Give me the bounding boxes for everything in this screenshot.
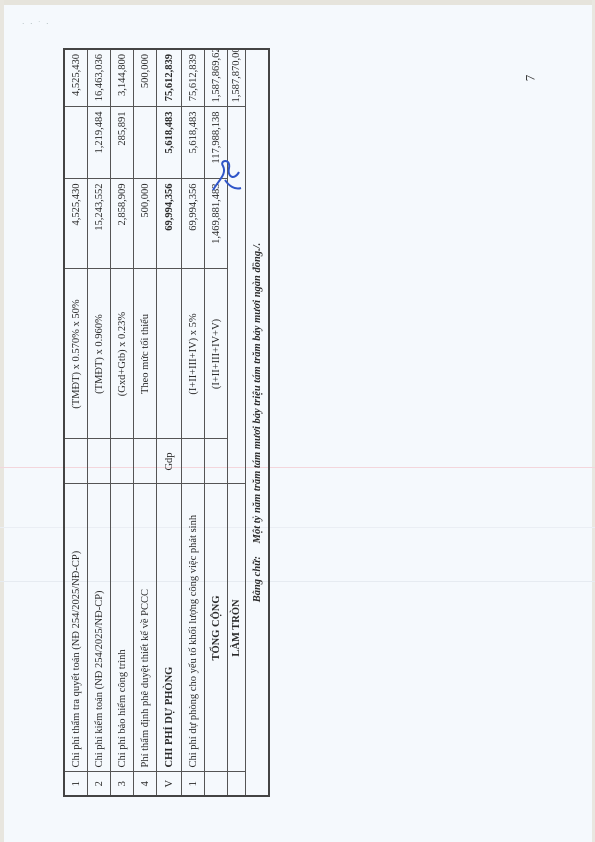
table-row: 1Chi phí dự phòng cho yếu tố khối lượng …: [182, 49, 205, 796]
cost-item-name: CHI PHÍ DỰ PHÒNG: [157, 484, 182, 772]
table-row: 1Chi phí thẩm tra quyết toán (NĐ 254/202…: [64, 49, 88, 796]
amount-in-words: Bằng chữ: Một tỷ năm trăm tám mươi bảy t…: [246, 49, 270, 796]
value-after-tax: 16,463,036: [88, 49, 111, 107]
value-before-tax: 500,000: [134, 179, 157, 269]
cost-symbol: [64, 439, 88, 484]
cost-formula: [157, 269, 182, 439]
cost-item-name: Chi phí thẩm tra quyết toán (NĐ 254/2025…: [64, 484, 88, 772]
value-before-tax: 69,994,356: [182, 179, 205, 269]
scan-border-top: [0, 0, 595, 5]
value-after-tax: 4,525,430: [64, 49, 88, 107]
cost-symbol: [134, 439, 157, 484]
cost-symbol: Gdp: [157, 439, 182, 484]
scan-border-left: [0, 0, 4, 842]
total-formula: (I+II+III+IV+V): [205, 269, 228, 439]
row-number: V: [157, 772, 182, 796]
value-vat: 285,891: [111, 107, 134, 179]
cost-formula: (TMĐT) x 0.960%: [88, 269, 111, 439]
value-before-tax: 69,994,356: [157, 179, 182, 269]
value-after-tax: 3,144,800: [111, 49, 134, 107]
cost-item-name: Phí thẩm định phê duyệt thiết kế về PCCC: [134, 484, 157, 772]
value-vat: [64, 107, 88, 179]
page-number: 7: [522, 75, 538, 82]
row-number: 4: [134, 772, 157, 796]
cost-symbol: [111, 439, 134, 484]
row-number: 2: [88, 772, 111, 796]
cost-formula: Theo mức tối thiểu: [134, 269, 157, 439]
cost-item-name: Chi phí dự phòng cho yếu tố khối lượng c…: [182, 484, 205, 772]
table-row: 2Chi phí kiểm toán (NĐ 254/2025/NĐ-CP)(T…: [88, 49, 111, 796]
value-vat: 5,618,483: [182, 107, 205, 179]
rounded-after-tax: 1,587,870,000: [228, 49, 246, 107]
section-row: VCHI PHÍ DỰ PHÒNGGdp69,994,3565,618,4837…: [157, 49, 182, 796]
value-after-tax: 75,612,839: [182, 49, 205, 107]
value-before-tax: 4,525,430: [64, 179, 88, 269]
in-words-text: Một tỷ năm trăm tám mươi bảy triệu tám t…: [252, 243, 263, 544]
cost-formula: (I+II+III+IV) x 5%: [182, 269, 205, 439]
value-before-tax: 2,858,909: [111, 179, 134, 269]
row-number: 1: [182, 772, 205, 796]
cost-symbol: [182, 439, 205, 484]
value-vat: 1,219,484: [88, 107, 111, 179]
row-number: 1: [64, 772, 88, 796]
cost-item-name: Chi phí kiểm toán (NĐ 254/2025/NĐ-CP): [88, 484, 111, 772]
scan-specks: · ‧ ˙ ‧: [22, 20, 50, 28]
cost-item-name: Chi phí bảo hiểm công trình: [111, 484, 134, 772]
cost-formula: (TMĐT) x 0.570% x 50%: [64, 269, 88, 439]
value-vat: [134, 107, 157, 179]
table-row: 3Chi phí bảo hiểm công trình(Gxd+Gtb) x …: [111, 49, 134, 796]
in-words-row: Bằng chữ: Một tỷ năm trăm tám mươi bảy t…: [246, 49, 270, 796]
row-number: 3: [111, 772, 134, 796]
value-vat: 5,618,483: [157, 107, 182, 179]
cost-formula: (Gxd+Gtb) x 0.23%: [111, 269, 134, 439]
signature-mark: [205, 150, 245, 200]
total-after-tax: 1,587,869,621: [205, 49, 228, 107]
total-label: TỔNG CỘNG: [205, 484, 228, 772]
table-row: 4Phí thẩm định phê duyệt thiết kế về PCC…: [134, 49, 157, 796]
value-after-tax: 75,612,839: [157, 49, 182, 107]
value-after-tax: 500,000: [134, 49, 157, 107]
in-words-label: Bằng chữ:: [252, 556, 263, 602]
rounded-label: LÀM TRÒN: [228, 484, 246, 772]
cost-symbol: [88, 439, 111, 484]
value-before-tax: 15,243,552: [88, 179, 111, 269]
